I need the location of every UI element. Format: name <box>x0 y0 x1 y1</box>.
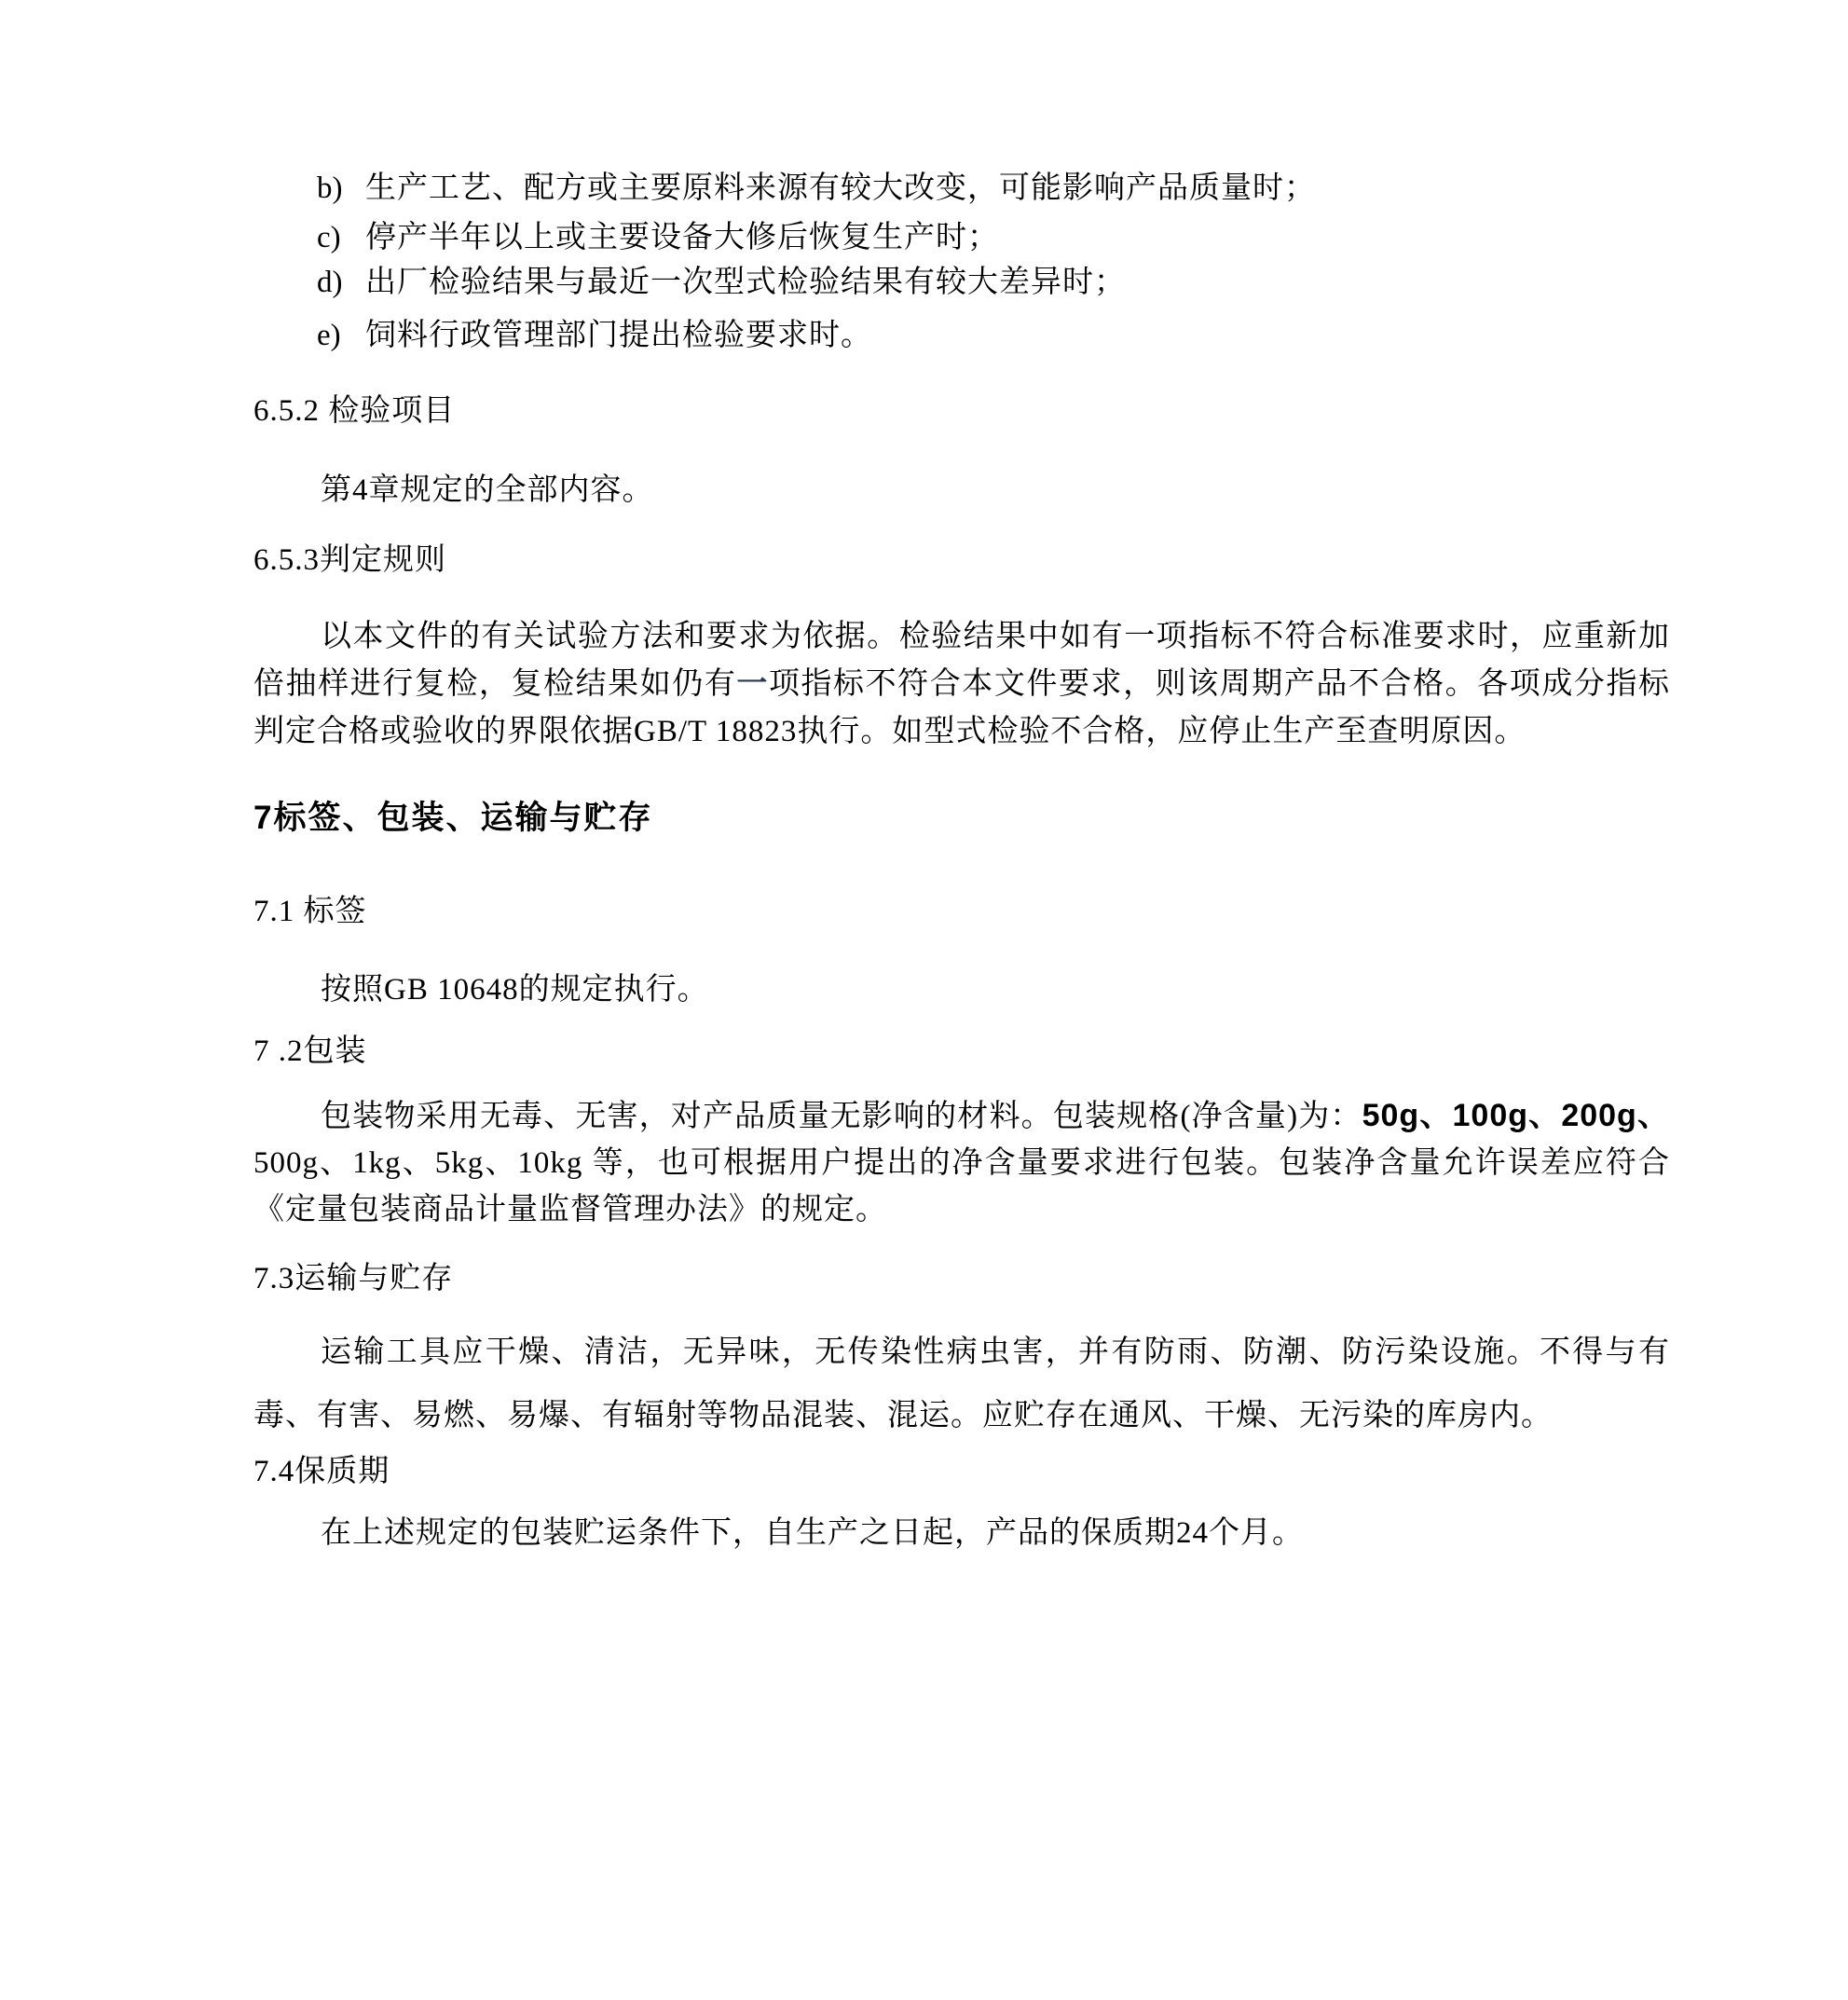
list-item-c: c)停产半年以上或主要设备大修后恢复生产时； <box>253 215 1670 260</box>
paragraph-text-segment: 包装物采用无毒、无害，对产品质量无影响的材料。包装规格(净含量)为： <box>321 1100 1362 1133</box>
heading-6-5-2-inspection-items: 6.5.2 检验项目 <box>253 388 1670 434</box>
package-size-values: 50g、100g、200g、 <box>1362 1098 1670 1133</box>
heading-6-5-3-judgment-rules: 6.5.3判定规则 <box>253 537 1670 583</box>
highlighted-dash: 一 <box>736 667 769 701</box>
heading-7-4-shelf-life: 7.4保质期 <box>253 1448 1670 1495</box>
paragraph-6-5-3-body: 以本文件的有关试验方法和要求为依据。检验结果中如有一项指标不符合标准要求时，应重… <box>253 613 1670 756</box>
paragraph-text-segment: 500g、1kg、5kg、10kg 等，也可根据用户提出的净含量要求进行包装。包… <box>253 1146 1670 1226</box>
paragraph-6-5-2-body: 第4章规定的全部内容。 <box>253 467 1670 514</box>
list-marker: c) <box>317 215 365 260</box>
document-page: b)生产工艺、配方或主要原料来源有较大改变，可能影响产品质量时； c)停产半年以… <box>0 0 1848 2000</box>
list-item-b: b)生产工艺、配方或主要原料来源有较大改变，可能影响产品质量时； <box>253 166 1670 211</box>
heading-7-2-packaging: 7 .2包装 <box>253 1028 1670 1075</box>
list-item-text: 生产工艺、配方或主要原料来源有较大改变，可能影响产品质量时； <box>365 171 1316 205</box>
list-item-text: 出厂检验结果与最近一次型式检验结果有较大差异时； <box>365 266 1126 299</box>
paragraph-7-4-body: 在上述规定的包装贮运条件下，自生产之日起，产品的保质期24个月。 <box>253 1510 1670 1556</box>
type-inspection-conditions-list: b)生产工艺、配方或主要原料来源有较大改变，可能影响产品质量时； c)停产半年以… <box>253 166 1670 358</box>
list-item-text: 饲料行政管理部门提出检验要求时。 <box>365 319 872 352</box>
paragraph-7-2-body: 包装物采用无毒、无害，对产品质量无影响的材料。包装规格(净含量)为：50g、10… <box>253 1092 1670 1233</box>
list-item-text: 停产半年以上或主要设备大修后恢复生产时； <box>365 221 999 254</box>
heading-7-label-packaging-transport-storage: 7标签、包装、运输与贮存 <box>253 793 1670 843</box>
list-marker: e) <box>317 313 365 358</box>
list-item-e: e)饲料行政管理部门提出检验要求时。 <box>253 313 1670 358</box>
paragraph-7-1-body: 按照GB 10648的规定执行。 <box>253 966 1670 1013</box>
heading-7-1-label: 7.1 标签 <box>253 888 1670 935</box>
list-marker: b) <box>317 166 365 211</box>
list-item-d: d)出厂检验结果与最近一次型式检验结果有较大差异时； <box>253 260 1670 305</box>
paragraph-7-3-body: 运输工具应干燥、清洁，无异味，无传染性病虫害，并有防雨、防潮、防污染设施。不得与… <box>253 1321 1670 1447</box>
heading-7-3-transport-storage: 7.3运输与贮存 <box>253 1255 1670 1302</box>
list-marker: d) <box>317 260 365 305</box>
